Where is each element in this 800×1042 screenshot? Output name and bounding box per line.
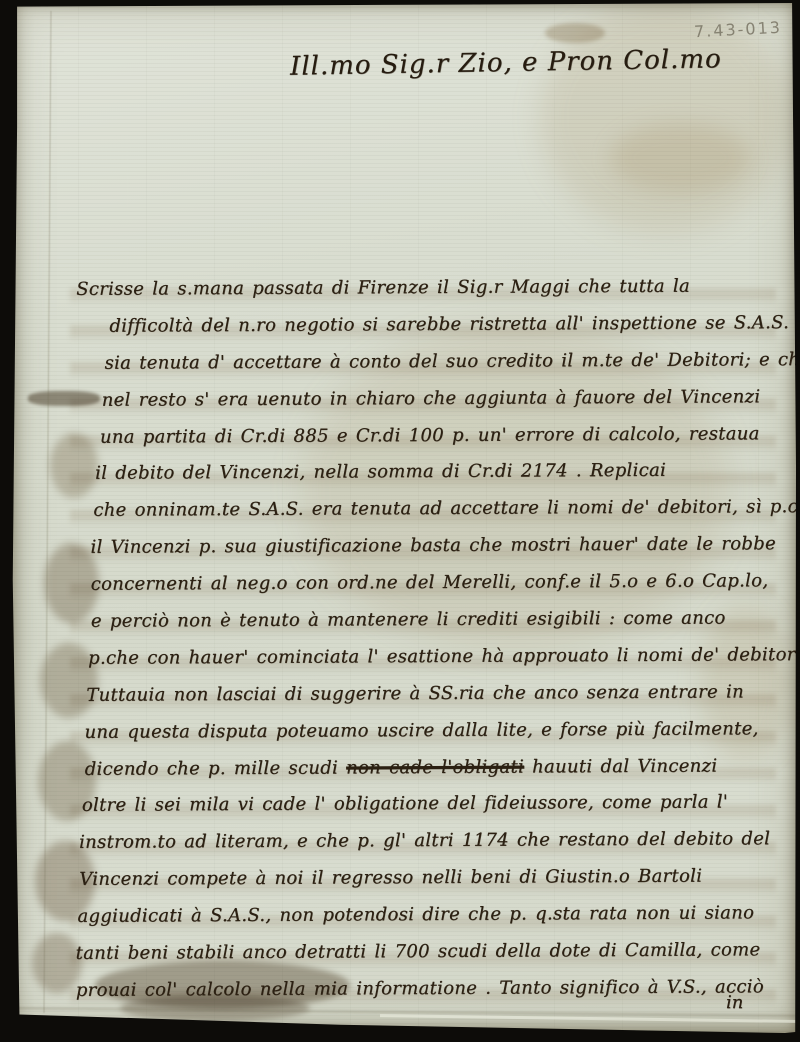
line-segment: dicendo che p. mille scudi [85,757,347,779]
letter-line: che onninam.te S.A.S. era tenuta ad acce… [63,489,800,530]
line-segment: hauuti dal Vincenzi [524,755,717,777]
strikethrough-text: non cade l'obligati [346,756,524,778]
letter-line: il debito del Vincenzi, nella somma di C… [63,453,800,494]
letter-line: e perciò non è tenuto à mantenere li cre… [64,600,800,641]
letter-line: prouai col' calcolo nella mia informatio… [66,969,800,1010]
letter-line: aggiudicati à S.A.S., non potendosi dire… [65,895,800,936]
letter-line: tanti beni stabili anco detratti li 700 … [66,932,800,973]
letter-line: Scrisse la s.mana passata di Firenze il … [62,268,800,309]
letter-page: 7.43-013 Ill.mo Sig.r Zio, e Pron Col.mo… [10,3,796,1033]
letter-line: difficoltà del n.ro negotio si sarebbe r… [62,305,800,346]
paper-stain [610,123,750,193]
letter-line: instrom.to ad literam, e che p. gl' altr… [65,821,800,862]
letter-line: sia tenuta d' accettare à conto del suo … [62,342,800,383]
catchword: in [726,992,743,1013]
letter-line: nel resto s' era uenuto in chiaro che ag… [63,379,800,420]
letter-line: p.che con hauer' cominciata l' esattione… [64,637,800,678]
letter-line: il Vincenzi p. sua giustificazione basta… [63,526,800,567]
letter-line: una questa disputa poteuamo uscire dalla… [64,711,800,752]
letter-line: una partita di Cr.di 885 e Cr.di 100 p. … [63,416,800,457]
letter-line: oltre li sei mila vi cade l' obligatione… [65,785,800,826]
letter-body: Scrisse la s.mana passata di Firenze il … [62,268,800,1010]
letter-line: concernenti al neg.o con ord.ne del Mere… [64,563,800,604]
letter-line-with-deletion: dicendo che p. mille scudi non cade l'ob… [65,748,800,789]
archival-number: 7.43-013 [694,18,783,42]
letter-line: Tuttauia non lasciai di suggerire à SS.r… [64,674,800,715]
bleedthrough-mark [545,23,605,43]
letter-line: Vincenzi compete à noi il regresso nelli… [65,858,800,899]
